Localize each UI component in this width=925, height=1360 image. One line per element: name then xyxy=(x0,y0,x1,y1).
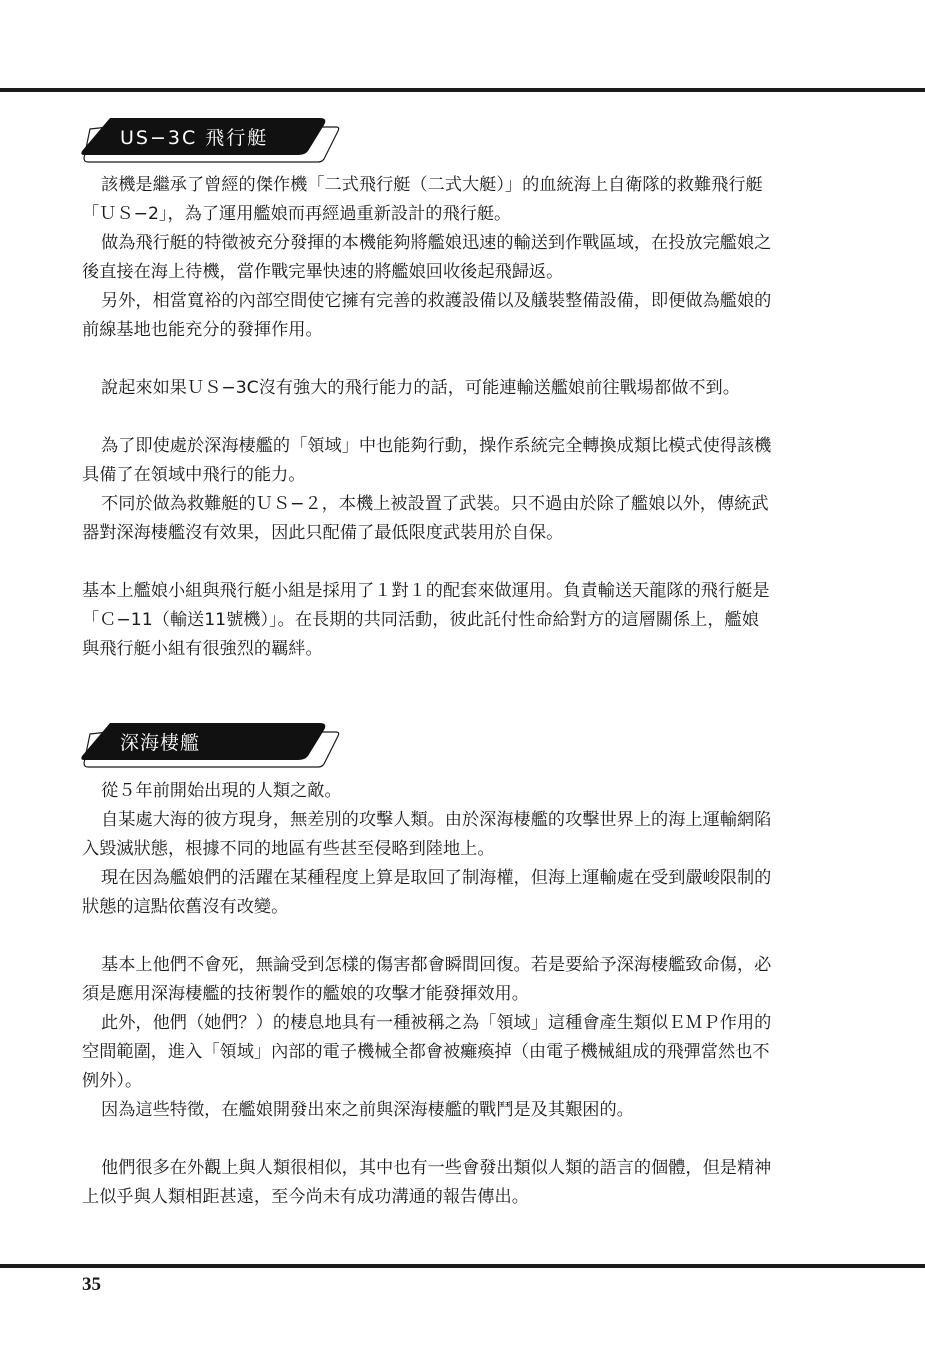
paragraph: 因為這些特徵，在艦娘開發出來之前與深海棲艦的戰鬥是及其艱困的。 xyxy=(82,1096,842,1125)
paragraph-gap xyxy=(82,1125,842,1154)
paragraph: 從５年前開始出現的人類之敵。 xyxy=(82,777,842,806)
paragraph: 為了即使處於深海棲艦的「領域」中也能夠行動，操作系統完全轉換成類比模式使得該機 xyxy=(82,432,842,461)
paragraph: 另外，相當寬裕的內部空間使它擁有完善的救護設備以及艤裝整備設備，即便做為艦娘的 xyxy=(82,287,842,316)
paragraph-line: 空間範圍，進入「領域」內部的電子機械全都會被癱瘓掉（由電子機械組成的飛彈當然也不 xyxy=(82,1038,842,1067)
paragraph-line: 須是應用深海棲艦的技術製作的艦娘的攻擊才能發揮效用。 xyxy=(82,980,842,1009)
paragraph: 不同於做為救難艇的ＵＳ−２，本機上被設置了武裝。只不過由於除了艦娘以外，傳統武 xyxy=(82,490,842,519)
paragraph-line: 狀態的這點依舊沒有改變。 xyxy=(82,893,842,922)
paragraph-line: 上似乎與人類相距甚遠，至今尚未有成功溝通的報告傳出。 xyxy=(82,1183,842,1212)
section-us3c: 該機是繼承了曾經的傑作機「二式飛行艇（二式大艇）」的血統海上自衛隊的救難飛行艇 … xyxy=(82,171,842,664)
top-rule xyxy=(0,88,925,92)
section-heading-badge: US−3C 飛行艇 xyxy=(80,117,342,163)
paragraph: 基本上艦娘小組與飛行艇小組是採用了１對１的配套來做運用。負責輸送天龍隊的飛行艇是 xyxy=(82,577,842,606)
paragraph-line: 具備了在領域中飛行的能力。 xyxy=(82,461,842,490)
section-heading: 深海棲艦 xyxy=(120,728,200,755)
paragraph-line: 後直接在海上待機，當作戰完畢快速的將艦娘回收後起飛歸返。 xyxy=(82,258,842,287)
section-abyssal: 從５年前開始出現的人類之敵。 自某處大海的彼方現身，無差別的攻擊人類。由於深海棲… xyxy=(82,777,842,1212)
section-heading: US−3C 飛行艇 xyxy=(120,123,268,150)
paragraph: 此外，他們（她們？）的棲息地具有一種被稱之為「領域」這種會產生類似ＥＭＰ作用的 xyxy=(82,1009,842,1038)
paragraph-line: 與飛行艇小組有很強烈的羈絆。 xyxy=(82,635,842,664)
paragraph: 他們很多在外觀上與人類很相似，其中也有一些會發出類似人類的語言的個體，但是精神 xyxy=(82,1154,842,1183)
paragraph-line: 例外）。 xyxy=(82,1067,842,1096)
paragraph-line: 入毀滅狀態，根據不同的地區有些甚至侵略到陸地上。 xyxy=(82,835,842,864)
paragraph: 做為飛行艇的特徵被充分發揮的本機能夠將艦娘迅速的輸送到作戰區域，在投放完艦娘之 xyxy=(82,229,842,258)
paragraph-line: 「ＵＳ−2」，為了運用艦娘而再經過重新設計的飛行艇。 xyxy=(82,200,842,229)
paragraph: 自某處大海的彼方現身，無差別的攻擊人類。由於深海棲艦的攻擊世界上的海上運輸網陷 xyxy=(82,806,842,835)
bottom-rule xyxy=(0,1264,925,1268)
section-heading-badge: 深海棲艦 xyxy=(80,722,342,768)
paragraph: 基本上他們不會死，無論受到怎樣的傷害都會瞬間回復。若是要給予深海棲艦致命傷，必 xyxy=(82,951,842,980)
paragraph-gap xyxy=(82,548,842,577)
paragraph-line: 前線基地也能充分的發揮作用。 xyxy=(82,316,842,345)
paragraph-gap xyxy=(82,345,842,374)
paragraph: 現在因為艦娘們的活躍在某種程度上算是取回了制海權，但海上運輸處在受到嚴峻限制的 xyxy=(82,864,842,893)
paragraph: 說起來如果ＵＳ−3C沒有強大的飛行能力的話，可能連輸送艦娘前往戰場都做不到。 xyxy=(82,374,842,403)
page-number: 35 xyxy=(82,1274,101,1296)
paragraph-gap xyxy=(82,922,842,951)
paragraph-line: 「Ｃ−11（輸送11號機）」。在長期的共同活動，彼此託付性命給對方的這層關係上，… xyxy=(82,606,842,635)
paragraph-gap xyxy=(82,403,842,432)
paragraph-line: 器對深海棲艦沒有效果，因此只配備了最低限度武裝用於自保。 xyxy=(82,519,842,548)
paragraph: 該機是繼承了曾經的傑作機「二式飛行艇（二式大艇）」的血統海上自衛隊的救難飛行艇 xyxy=(82,171,842,200)
